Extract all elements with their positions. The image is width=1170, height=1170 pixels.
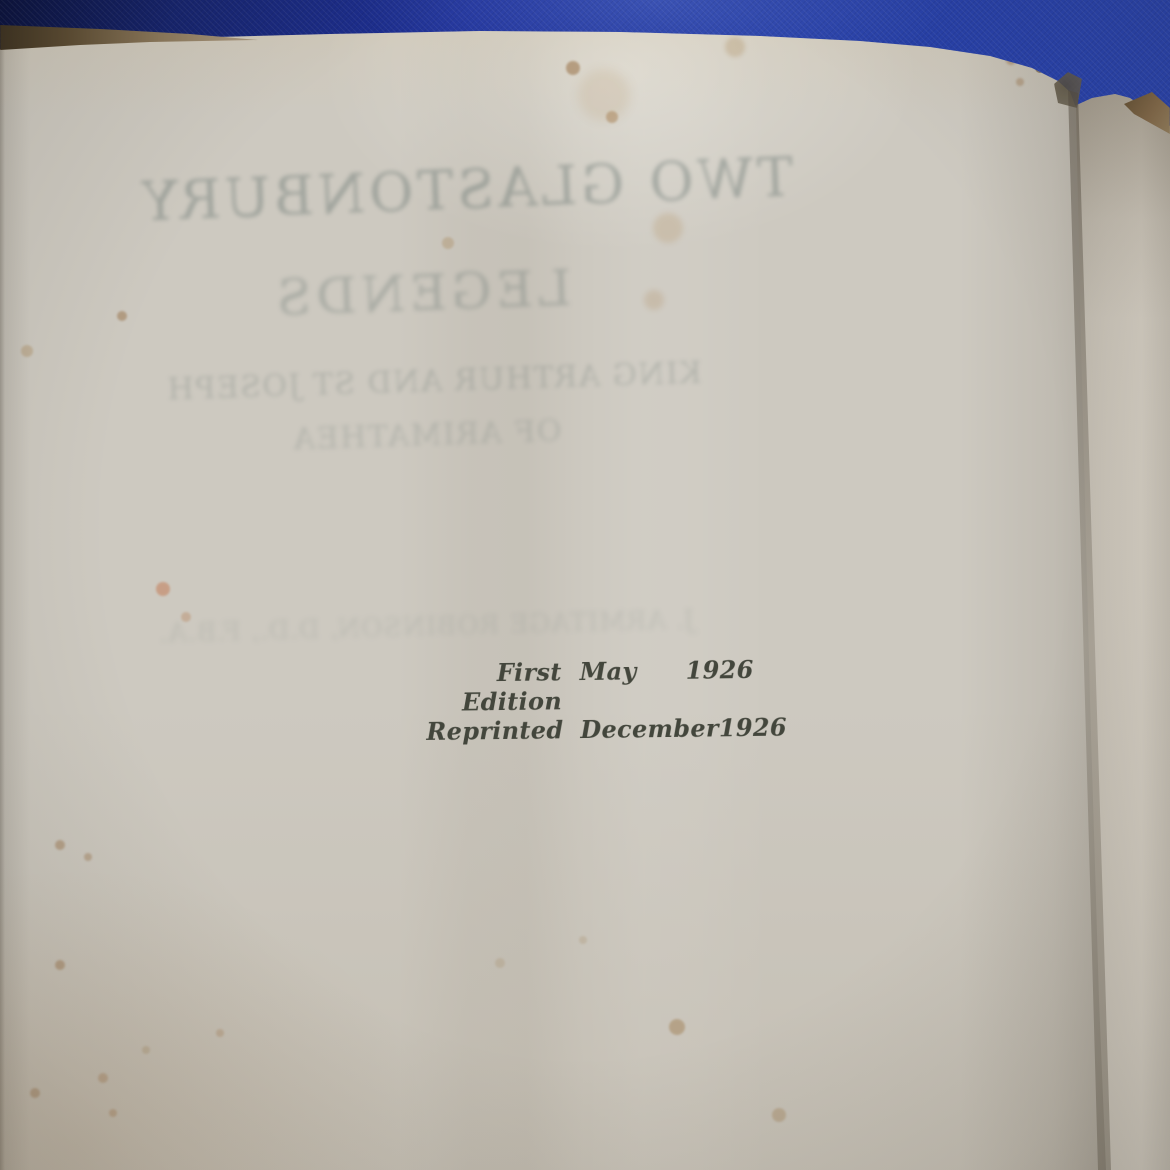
foxing-spot bbox=[156, 582, 170, 596]
foxing-spot bbox=[772, 1108, 786, 1122]
foxing-spot bbox=[216, 1029, 224, 1037]
foxing-spot bbox=[98, 1073, 108, 1083]
year-label: 1926 bbox=[719, 713, 777, 743]
foxing-spot bbox=[566, 61, 580, 75]
foxing-spot bbox=[606, 111, 618, 123]
left-page: TWO GLASTONBURY LEGENDS KING ARTHUR AND … bbox=[0, 0, 1170, 1170]
month-label: December bbox=[562, 713, 719, 744]
ghost-title-line-1: TWO GLASTONBURY bbox=[137, 145, 794, 233]
foxing-spot bbox=[55, 960, 65, 970]
ghost-title-line-2: LEGENDS bbox=[271, 259, 572, 327]
foxing-spot bbox=[109, 1109, 117, 1117]
ghost-subtitle-line-2: OF ARIMATHEA bbox=[292, 414, 562, 457]
foxing-spot bbox=[117, 311, 127, 321]
foxing-spot bbox=[21, 345, 33, 357]
foxing-spot bbox=[142, 1046, 150, 1054]
foxing-spot bbox=[495, 958, 505, 968]
edition-label: Reprinted bbox=[426, 715, 562, 746]
foxing-spot bbox=[725, 37, 745, 57]
edition-label: First Edition bbox=[425, 657, 562, 717]
foxing-spot bbox=[1016, 78, 1024, 86]
foxing-spot bbox=[55, 840, 65, 850]
month-label: May bbox=[561, 656, 686, 716]
printing-history-block: First Edition May 1926 Reprinted Decembe… bbox=[425, 655, 744, 746]
foxing-spot bbox=[644, 290, 664, 310]
ghost-subtitle-line-1: KING ARTHUR AND ST JOSEPH bbox=[166, 356, 703, 408]
foxing-spot bbox=[442, 237, 454, 249]
year-label: 1926 bbox=[685, 655, 744, 714]
foxing-spot bbox=[579, 936, 587, 944]
printing-history-row-1: First Edition May 1926 bbox=[425, 655, 744, 717]
printing-history-row-2: Reprinted December 1926 bbox=[426, 713, 744, 746]
foxing-spot bbox=[653, 213, 683, 243]
foxing-spot bbox=[84, 853, 92, 861]
foxing-spot bbox=[669, 1019, 685, 1035]
ghost-author-line: J. ARMITAGE ROBINSON, D.D., F.B.A. bbox=[158, 605, 695, 649]
foxing-spot bbox=[30, 1088, 40, 1098]
foxing-spot bbox=[578, 69, 630, 121]
